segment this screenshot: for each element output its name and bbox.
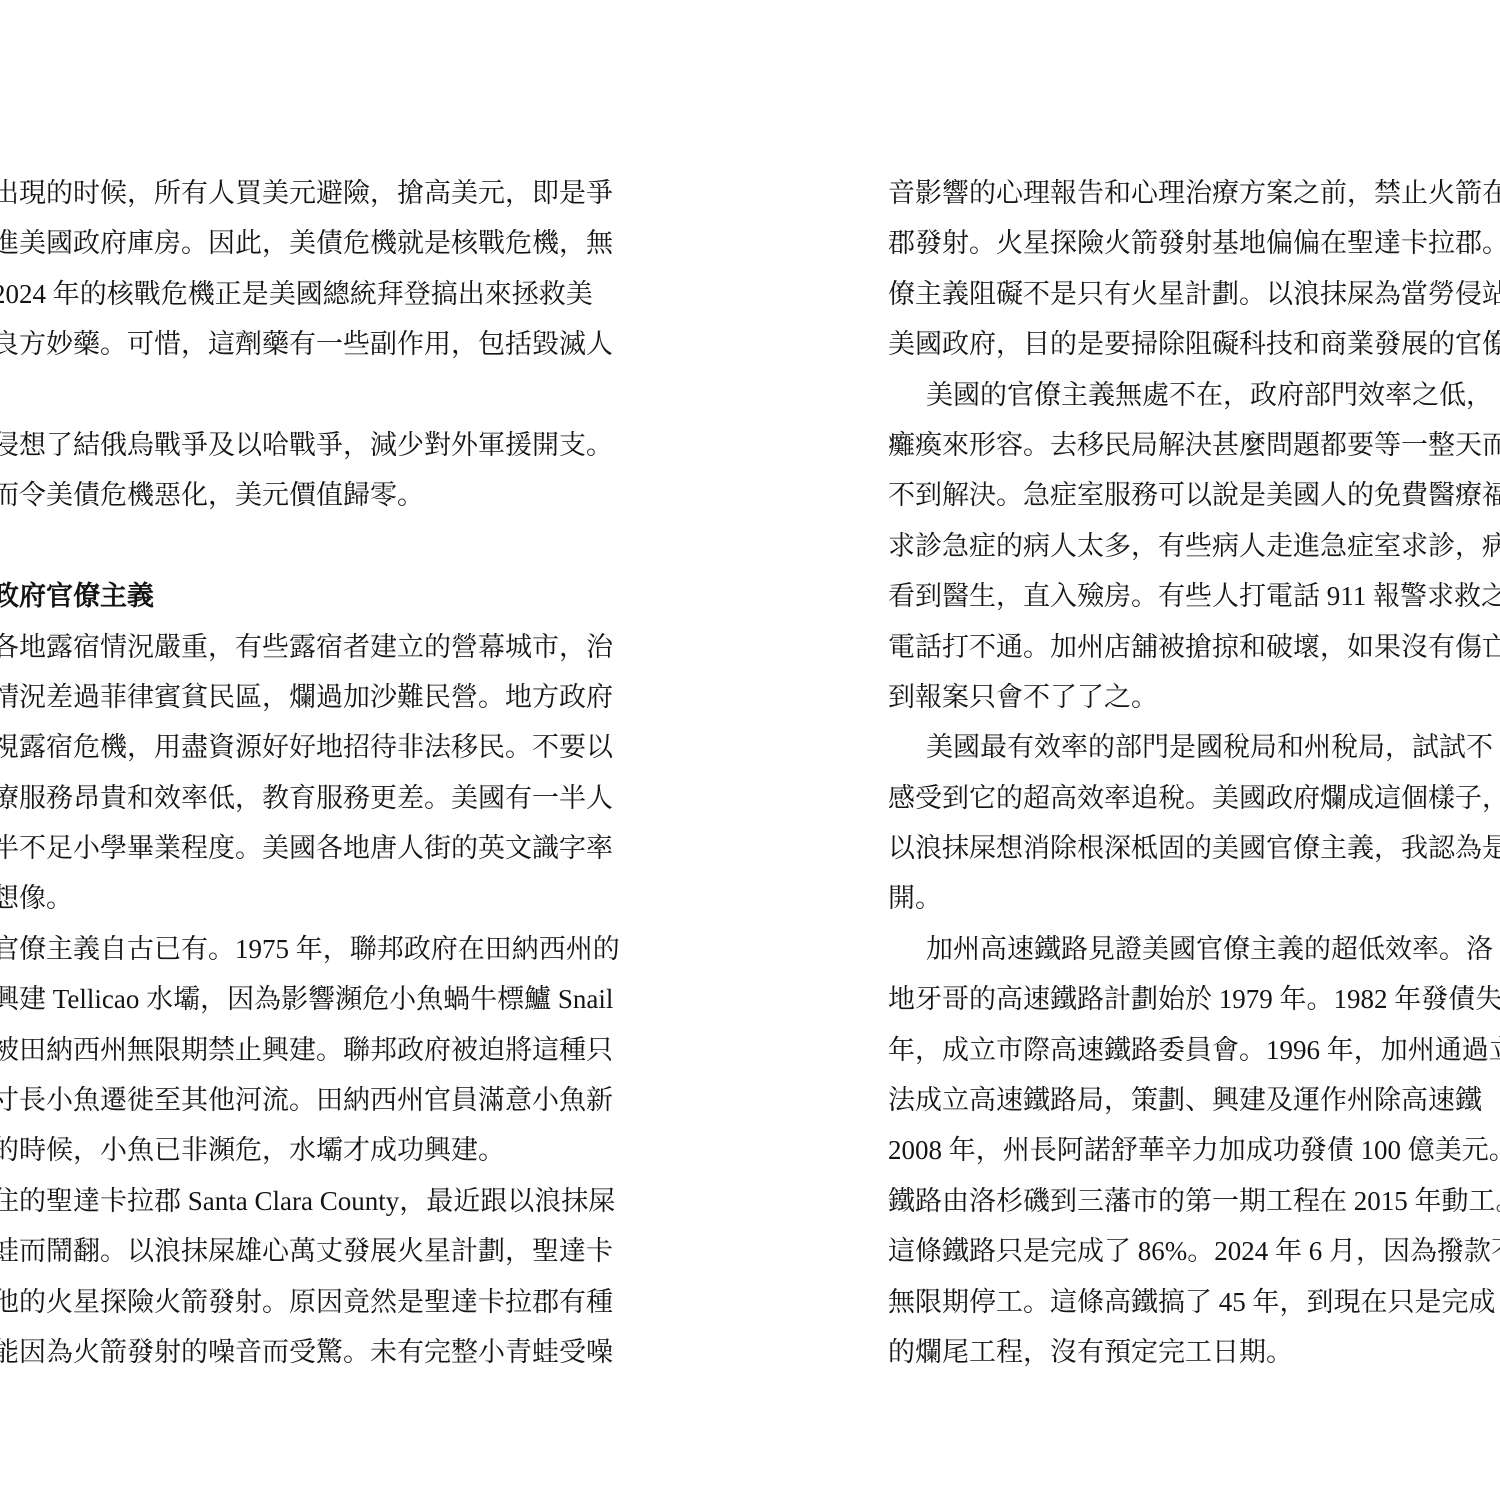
text-line: 的爛尾工程，沒有預定完工日期。 xyxy=(888,1327,1500,1377)
paragraph-start-line: 加州高速鐵路見證美國官僚主義的超低效率。洛 xyxy=(888,924,1500,974)
text-line: 進美國政府庫房。因此，美債危機就是核戰危機，無 xyxy=(0,218,692,268)
text-line: 官僚主義自古已有。1975 年，聯邦政府在田納西州的 xyxy=(0,924,692,974)
text-line: 癱瘓來形容。去移民局解決甚麼問題都要等一整天而 xyxy=(888,420,1500,470)
text-line: 法成立高速鐵路局，策劃、興建及運作州除高速鐵 xyxy=(888,1075,1500,1125)
section-heading: 政府官僚主義 xyxy=(0,571,692,621)
blank-line xyxy=(0,370,692,420)
text-line: 出現的时候，所有人買美元避險，搶高美元，即是爭 xyxy=(0,168,692,218)
text-line: 想像。 xyxy=(0,873,692,923)
text-line: 2024 年的核戰危機正是美國總統拜登搞出來拯救美 xyxy=(0,269,692,319)
text-line: 情況差過菲律賓貧民區，爛過加沙難民營。地方政府 xyxy=(0,672,692,722)
text-line: 寸長小魚遷徙至其他河流。田納西州官員滿意小魚新 xyxy=(0,1075,692,1125)
text-line: 他的火星探險火箭發射。原因竟然是聖達卡拉郡有種 xyxy=(0,1277,692,1327)
text-line: 地牙哥的高速鐵路計劃始於 1979 年。1982 年發債失 xyxy=(888,974,1500,1024)
text-line: 2008 年，州長阿諾舒華辛力加成功發債 100 億美元。 xyxy=(888,1125,1500,1175)
text-line: 感受到它的超高效率追稅。美國政府爛成這個樣子， xyxy=(888,773,1500,823)
text-line: 僚主義阻礙不是只有火星計劃。以浪抹屎為當勞侵站 xyxy=(888,269,1500,319)
paragraph-start-line: 美國的官僚主義無處不在，政府部門效率之低， xyxy=(888,370,1500,420)
text-line: 視露宿危機，用盡資源好好地招待非法移民。不要以 xyxy=(0,722,692,772)
blank-line xyxy=(0,521,692,571)
text-line: 被田納西州無限期禁止興建。聯邦政府被迫將這種只 xyxy=(0,1025,692,1075)
text-line: 鐵路由洛杉磯到三藩市的第一期工程在 2015 年動工。 xyxy=(888,1176,1500,1226)
text-line: 而令美債危機惡化，美元價值歸零。 xyxy=(0,470,692,520)
text-line: 美國政府，目的是要掃除阻礙科技和商業發展的官僚 xyxy=(888,319,1500,369)
text-line: 郡發射。火星探險火箭發射基地偏偏在聖達卡拉郡。 xyxy=(888,218,1500,268)
text-line: 電話打不通。加州店舖被搶掠和破壞，如果沒有傷亡 xyxy=(888,622,1500,672)
text-line: 看到醫生，直入殮房。有些人打電話 911 報警求救之 xyxy=(888,571,1500,621)
text-line: 求診急症的病人太多，有些病人走進急症室求診，病 xyxy=(888,521,1500,571)
text-line: 各地露宿情況嚴重，有些露宿者建立的營幕城市，治 xyxy=(0,622,692,672)
text-line: 以浪抹屎想消除根深柢固的美國官僚主義，我認為是 xyxy=(888,823,1500,873)
text-line: 興建 Tellicao 水壩，因為影響瀕危小魚蝸牛標鱸 Snail xyxy=(0,974,692,1024)
text-line: 不到解決。急症室服務可以說是美國人的免費醫療福 xyxy=(888,470,1500,520)
text-line: 音影響的心理報告和心理治療方案之前，禁止火箭在 xyxy=(888,168,1500,218)
text-line: 能因為火箭發射的噪音而受驚。未有完整小青蛙受噪 xyxy=(0,1327,692,1377)
right-column: 音影響的心理報告和心理治療方案之前，禁止火箭在 郡發射。火星探險火箭發射基地偏偏… xyxy=(888,168,1500,1377)
text-line: 年，成立市際高速鐵路委員會。1996 年，加州通過立 xyxy=(888,1025,1500,1075)
text-line: 半不足小學畢業程度。美國各地唐人街的英文識字率 xyxy=(0,823,692,873)
text-line: 的時候，小魚已非瀕危，水壩才成功興建。 xyxy=(0,1125,692,1175)
text-line: 開。 xyxy=(888,873,1500,923)
text-line: 蛙而鬧翻。以浪抹屎雄心萬丈發展火星計劃，聖達卡 xyxy=(0,1226,692,1276)
text-line: 這條鐵路只是完成了 86%。2024 年 6 月，因為撥款不 xyxy=(888,1226,1500,1276)
paragraph-start-line: 美國最有效率的部門是國稅局和州稅局，試試不 xyxy=(888,722,1500,772)
text-line: 住的聖達卡拉郡 Santa Clara County，最近跟以浪抹屎 xyxy=(0,1176,692,1226)
document-page: 出現的时候，所有人買美元避險，搶高美元，即是爭 進美國政府庫房。因此，美債危機就… xyxy=(0,0,1500,1500)
text-line: 療服務昂貴和效率低，教育服務更差。美國有一半人 xyxy=(0,773,692,823)
left-column: 出現的时候，所有人買美元避險，搶高美元，即是爭 進美國政府庫房。因此，美債危機就… xyxy=(0,168,692,1377)
text-line: 侵想了結俄烏戰爭及以哈戰爭，減少對外軍援開支。 xyxy=(0,420,692,470)
text-line: 良方妙藥。可惜，這劑藥有一些副作用，包括毀滅人 xyxy=(0,319,692,369)
text-line: 到報案只會不了了之。 xyxy=(888,672,1500,722)
text-line: 無限期停工。這條高鐵搞了 45 年，到現在只是完成 xyxy=(888,1277,1500,1327)
